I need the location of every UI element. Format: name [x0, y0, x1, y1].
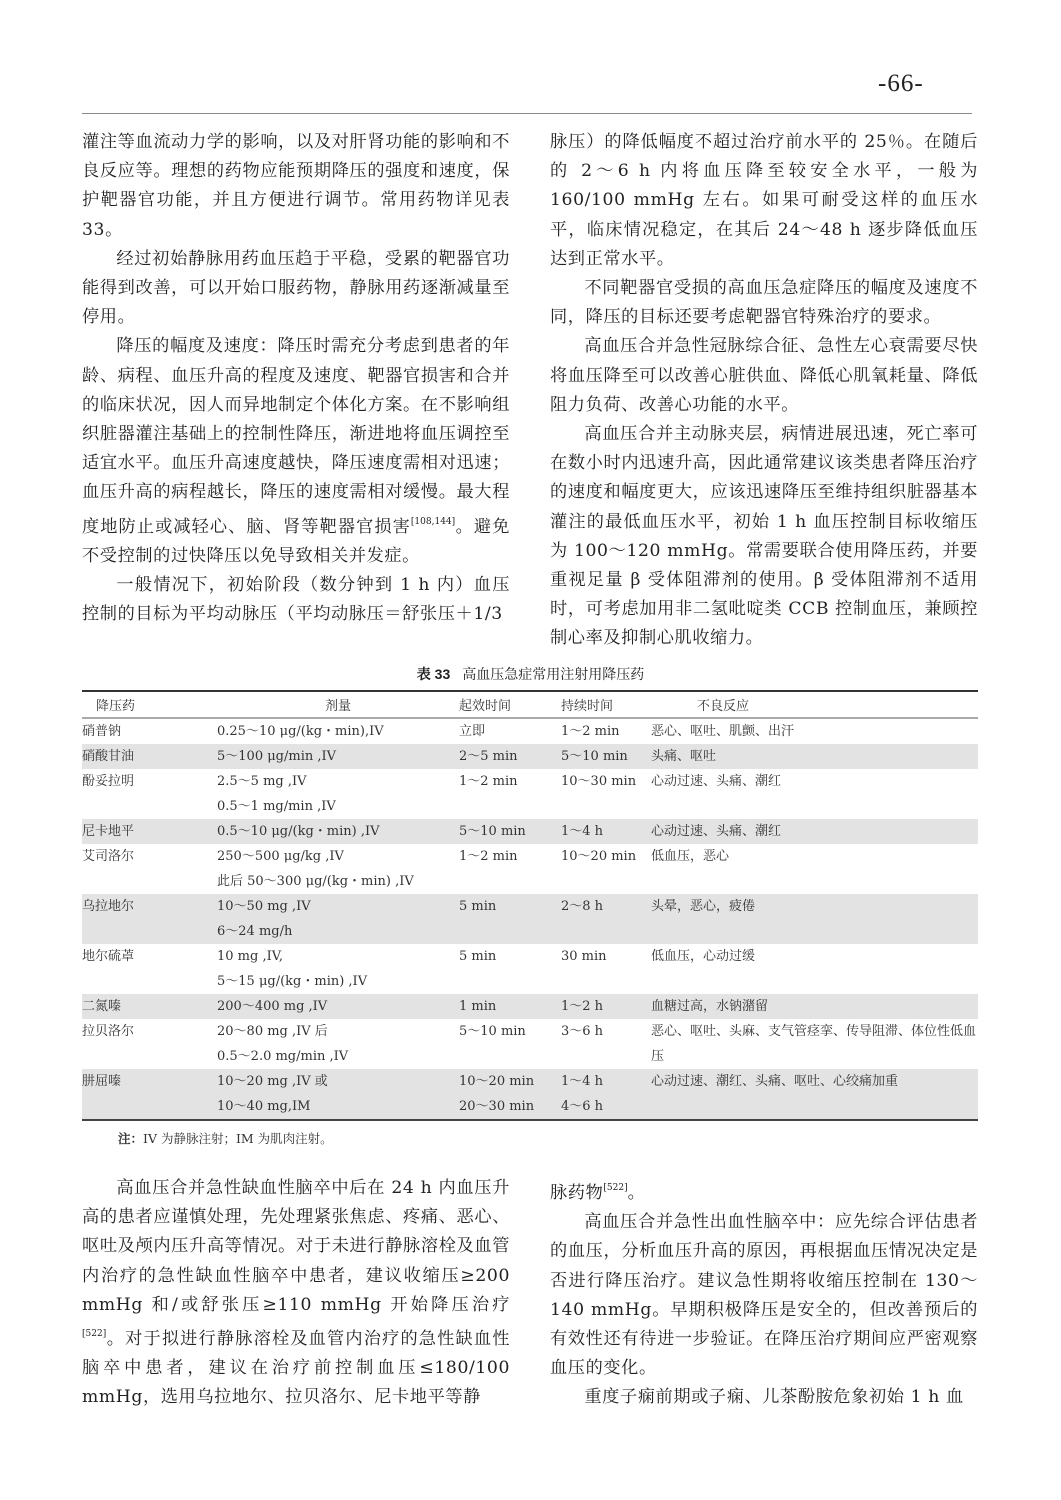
paragraph: 高血压合并主动脉夹层，病情进展迅速，死亡率可在数小时内迅速升高，因此通常建议该类… [550, 420, 978, 654]
dose-line: 200～400 mg ,IV [217, 994, 459, 1019]
dose-line: 10 mg ,IV, [217, 944, 459, 969]
duration-line: 2～8 h [561, 894, 651, 919]
cell-onset: 1～2 min [459, 769, 561, 819]
cell-drug: 硝酸甘油 [82, 744, 217, 769]
drug-table: 降压药 剂量 起效时间 持续时间 不良反应 硝普钠 0.25～10 μg/(kg… [82, 690, 978, 1121]
cell-onset: 10～20 min20～30 min [459, 1069, 561, 1120]
cell-duration: 1～4 h [561, 819, 651, 844]
cell-adverse: 头痛、呕吐 [651, 744, 978, 769]
cell-dose: 10 mg ,IV,5～15 μg/(kg・min) ,IV [217, 944, 459, 994]
upper-left-column: 灌注等血流动力学的影响，以及对肝肾功能的影响和不良反应等。理想的药物应能预期降压… [82, 128, 510, 629]
duration-line: 3～6 h [561, 1019, 651, 1044]
cell-onset: 2～5 min [459, 744, 561, 769]
cell-dose: 10～20 mg ,IV 或10～40 mg,IM [217, 1069, 459, 1120]
dose-line: 250～500 μg/kg ,IV [217, 844, 459, 869]
cell-dose: 20～80 mg ,IV 后0.5～2.0 mg/min ,IV [217, 1019, 459, 1069]
lower-left-column: 高血压合并急性缺血性脑卒中后在 24 h 内血压升高的患者应谨慎处理，先处理紧张… [82, 1174, 510, 1413]
cell-adverse: 低血压，恶心 [651, 844, 978, 894]
dose-line: 20～80 mg ,IV 后 [217, 1019, 459, 1044]
duration-line: 1～2 min [561, 719, 651, 744]
cell-drug: 拉贝洛尔 [82, 1019, 217, 1069]
header-adverse-label: 不良反应 [651, 695, 749, 714]
cell-drug: 乌拉地尔 [82, 894, 217, 944]
dose-line: 0.5～1 mg/min ,IV [217, 794, 459, 819]
onset-line: 立即 [459, 719, 561, 744]
paragraph: 重度子痫前期或子痫、儿茶酚胺危象初始 1 h 血 [550, 1383, 978, 1412]
paragraph: 脉药物[522]。 [550, 1174, 978, 1208]
paragraph: 脉压）的降低幅度不超过治疗前水平的 25％。在随后的 2～6 h 内将血压降至较… [550, 128, 978, 274]
cell-drug: 艾司洛尔 [82, 844, 217, 894]
cell-dose: 5～100 μg/min ,IV [217, 744, 459, 769]
paragraph-text: 。对于拟进行静脉溶栓及血管内治疗的急性缺血性脑卒中患者，建议在治疗前控制血压≤1… [82, 1329, 510, 1407]
cell-dose: 10～50 mg ,IV6～24 mg/h [217, 894, 459, 944]
citation: [522] [82, 1329, 106, 1339]
cell-drug: 尼卡地平 [82, 819, 217, 844]
onset-line: 5～10 min [459, 1019, 561, 1044]
cell-adverse: 血糖过高，水钠潴留 [651, 994, 978, 1019]
duration-line: 4～6 h [561, 1094, 651, 1119]
cell-duration: 30 min [561, 944, 651, 994]
paragraph: 高血压合并急性冠脉综合征、急性左心衰需要尽快将血压降至可以改善心脏供血、降低心肌… [550, 332, 978, 420]
cell-dose: 200～400 mg ,IV [217, 994, 459, 1019]
paragraph-text: 降压的幅度及速度：降压时需充分考虑到患者的年龄、病程、血压升高的程度及速度、靶器… [82, 336, 510, 536]
table-header-row: 降压药 剂量 起效时间 持续时间 不良反应 [82, 691, 978, 718]
dose-line: 2.5～5 mg ,IV [217, 769, 459, 794]
paragraph-text: 脉药物 [550, 1183, 603, 1203]
onset-line: 1～2 min [459, 769, 561, 794]
table-row: 硝酸甘油 5～100 μg/min ,IV 2～5 min 5～10 min 头… [82, 744, 978, 769]
cell-onset: 5～10 min [459, 819, 561, 844]
cell-dose: 0.5～10 μg/(kg・min) ,IV [217, 819, 459, 844]
cell-onset: 5 min [459, 944, 561, 994]
cell-adverse: 心动过速、头痛、潮红 [651, 769, 978, 819]
cell-dose: 2.5～5 mg ,IV0.5～1 mg/min ,IV [217, 769, 459, 819]
paragraph: 一般情况下，初始阶段（数分钟到 1 h 内）血压控制的目标为平均动脉压（平均动脉… [82, 571, 510, 629]
paragraph: 高血压合并急性出血性脑卒中：应先综合评估患者的血压，分析血压升高的原因，再根据血… [550, 1208, 978, 1383]
duration-line: 1～2 h [561, 994, 651, 1019]
table-caption: 表 33高血压急症常用注射用降压药 [0, 664, 1061, 684]
paragraph: 经过初始静脉用药血压趋于平稳，受累的靶器官功能得到改善，可以开始口服药物，静脉用… [82, 245, 510, 333]
cell-drug: 酚妥拉明 [82, 769, 217, 819]
paragraph: 高血压合并急性缺血性脑卒中后在 24 h 内血压升高的患者应谨慎处理，先处理紧张… [82, 1174, 510, 1413]
dose-line: 5～15 μg/(kg・min) ,IV [217, 969, 459, 994]
cell-onset: 1～2 min [459, 844, 561, 894]
header-dose: 剂量 [217, 691, 459, 718]
header-onset: 起效时间 [459, 691, 561, 718]
page-number: -66- [878, 70, 924, 98]
table-row: 地尔硫䓬 10 mg ,IV,5～15 μg/(kg・min) ,IV 5 mi… [82, 944, 978, 994]
dose-line: 0.5～2.0 mg/min ,IV [217, 1044, 459, 1069]
duration-line: 10～20 min [561, 844, 651, 869]
paragraph: 灌注等血流动力学的影响，以及对肝肾功能的影响和不良反应等。理想的药物应能预期降压… [82, 128, 510, 245]
paragraph: 降压的幅度及速度：降压时需充分考虑到患者的年龄、病程、血压升高的程度及速度、靶器… [82, 332, 510, 571]
duration-line: 1～4 h [561, 1069, 651, 1094]
table-note: 注：IV 为静脉注射；IM 为肌肉注射。 [118, 1129, 333, 1147]
onset-line: 2～5 min [459, 744, 561, 769]
citation: [522] [603, 1183, 627, 1193]
cell-adverse: 低血压，心动过缓 [651, 944, 978, 994]
cell-duration: 3～6 h [561, 1019, 651, 1069]
paragraph-text: 。 [628, 1183, 646, 1203]
cell-duration: 2～8 h [561, 894, 651, 944]
table-row: 尼卡地平 0.5～10 μg/(kg・min) ,IV 5～10 min 1～4… [82, 819, 978, 844]
header-drug: 降压药 [82, 691, 217, 718]
table-row: 拉贝洛尔 20～80 mg ,IV 后0.5～2.0 mg/min ,IV 5～… [82, 1019, 978, 1069]
table-row: 乌拉地尔 10～50 mg ,IV6～24 mg/h 5 min 2～8 h 头… [82, 894, 978, 944]
dose-line: 0.5～10 μg/(kg・min) ,IV [217, 819, 459, 844]
citation: [108,144] [411, 517, 455, 527]
cell-drug: 肼屈嗪 [82, 1069, 217, 1120]
onset-line: 10～20 min [459, 1069, 561, 1094]
table-row: 硝普钠 0.25～10 μg/(kg・min),IV 立即 1～2 min 恶心… [82, 718, 978, 744]
dose-line: 6～24 mg/h [217, 919, 459, 944]
dose-line: 此后 50～300 μg/(kg・min) ,IV [217, 869, 459, 894]
cell-adverse: 头晕，恶心，疲倦 [651, 894, 978, 944]
onset-line: 1～2 min [459, 844, 561, 869]
onset-line: 1 min [459, 994, 561, 1019]
cell-adverse: 恶心、呕吐、肌颤、出汗 [651, 718, 978, 744]
cell-drug: 二氮嗪 [82, 994, 217, 1019]
paragraph: 不同靶器官受损的高血压急症降压的幅度及速度不同，降压的目标还要考虑靶器官特殊治疗… [550, 274, 978, 332]
cell-duration: 10～30 min [561, 769, 651, 819]
table-row: 艾司洛尔 250～500 μg/kg ,IV此后 50～300 μg/(kg・m… [82, 844, 978, 894]
cell-duration: 10～20 min [561, 844, 651, 894]
header-adverse: 不良反应 [651, 691, 978, 718]
table-title: 高血压急症常用注射用降压药 [462, 667, 644, 683]
paragraph-text: 高血压合并急性缺血性脑卒中后在 24 h 内血压升高的患者应谨慎处理，先处理紧张… [82, 1178, 510, 1315]
upper-right-column: 脉压）的降低幅度不超过治疗前水平的 25％。在随后的 2～6 h 内将血压降至较… [550, 128, 978, 654]
cell-onset: 1 min [459, 994, 561, 1019]
cell-adverse: 恶心、呕吐、头麻、支气管痉挛、传导阻滞、体位性低血压 [651, 1019, 978, 1069]
onset-line: 5 min [459, 894, 561, 919]
cell-duration: 1～2 min [561, 718, 651, 744]
lower-right-column: 脉药物[522]。 高血压合并急性出血性脑卒中：应先综合评估患者的血压，分析血压… [550, 1174, 978, 1413]
table-row: 二氮嗪 200～400 mg ,IV 1 min 1～2 h 血糖过高，水钠潴留 [82, 994, 978, 1019]
cell-adverse: 心动过速、头痛、潮红 [651, 819, 978, 844]
header-duration: 持续时间 [561, 691, 651, 718]
cell-drug: 地尔硫䓬 [82, 944, 217, 994]
note-text: IV 为静脉注射；IM 为肌肉注射。 [143, 1131, 333, 1146]
duration-line: 10～30 min [561, 769, 651, 794]
duration-line: 1～4 h [561, 819, 651, 844]
onset-line: 5～10 min [459, 819, 561, 844]
onset-line: 5 min [459, 944, 561, 969]
duration-line: 30 min [561, 944, 651, 969]
dose-line: 10～20 mg ,IV 或 [217, 1069, 459, 1094]
cell-dose: 0.25～10 μg/(kg・min),IV [217, 718, 459, 744]
cell-onset: 立即 [459, 718, 561, 744]
cell-dose: 250～500 μg/kg ,IV此后 50～300 μg/(kg・min) ,… [217, 844, 459, 894]
cell-duration: 1～4 h4～6 h [561, 1069, 651, 1120]
onset-line: 20～30 min [459, 1094, 561, 1119]
cell-duration: 1～2 h [561, 994, 651, 1019]
cell-duration: 5～10 min [561, 744, 651, 769]
dose-line: 5～100 μg/min ,IV [217, 744, 459, 769]
table-number: 表 33 [417, 666, 450, 682]
cell-drug: 硝普钠 [82, 718, 217, 744]
cell-adverse: 心动过速、潮红、头痛、呕吐、心绞痛加重 [651, 1069, 978, 1120]
cell-onset: 5～10 min [459, 1019, 561, 1069]
table-row: 酚妥拉明 2.5～5 mg ,IV0.5～1 mg/min ,IV 1～2 mi… [82, 769, 978, 819]
header-rule [82, 113, 972, 114]
duration-line: 5～10 min [561, 744, 651, 769]
table-row: 肼屈嗪 10～20 mg ,IV 或10～40 mg,IM 10～20 min2… [82, 1069, 978, 1120]
dose-line: 0.25～10 μg/(kg・min),IV [217, 719, 459, 744]
dose-line: 10～40 mg,IM [217, 1094, 459, 1119]
note-label: 注： [118, 1131, 143, 1146]
cell-onset: 5 min [459, 894, 561, 944]
dose-line: 10～50 mg ,IV [217, 894, 459, 919]
